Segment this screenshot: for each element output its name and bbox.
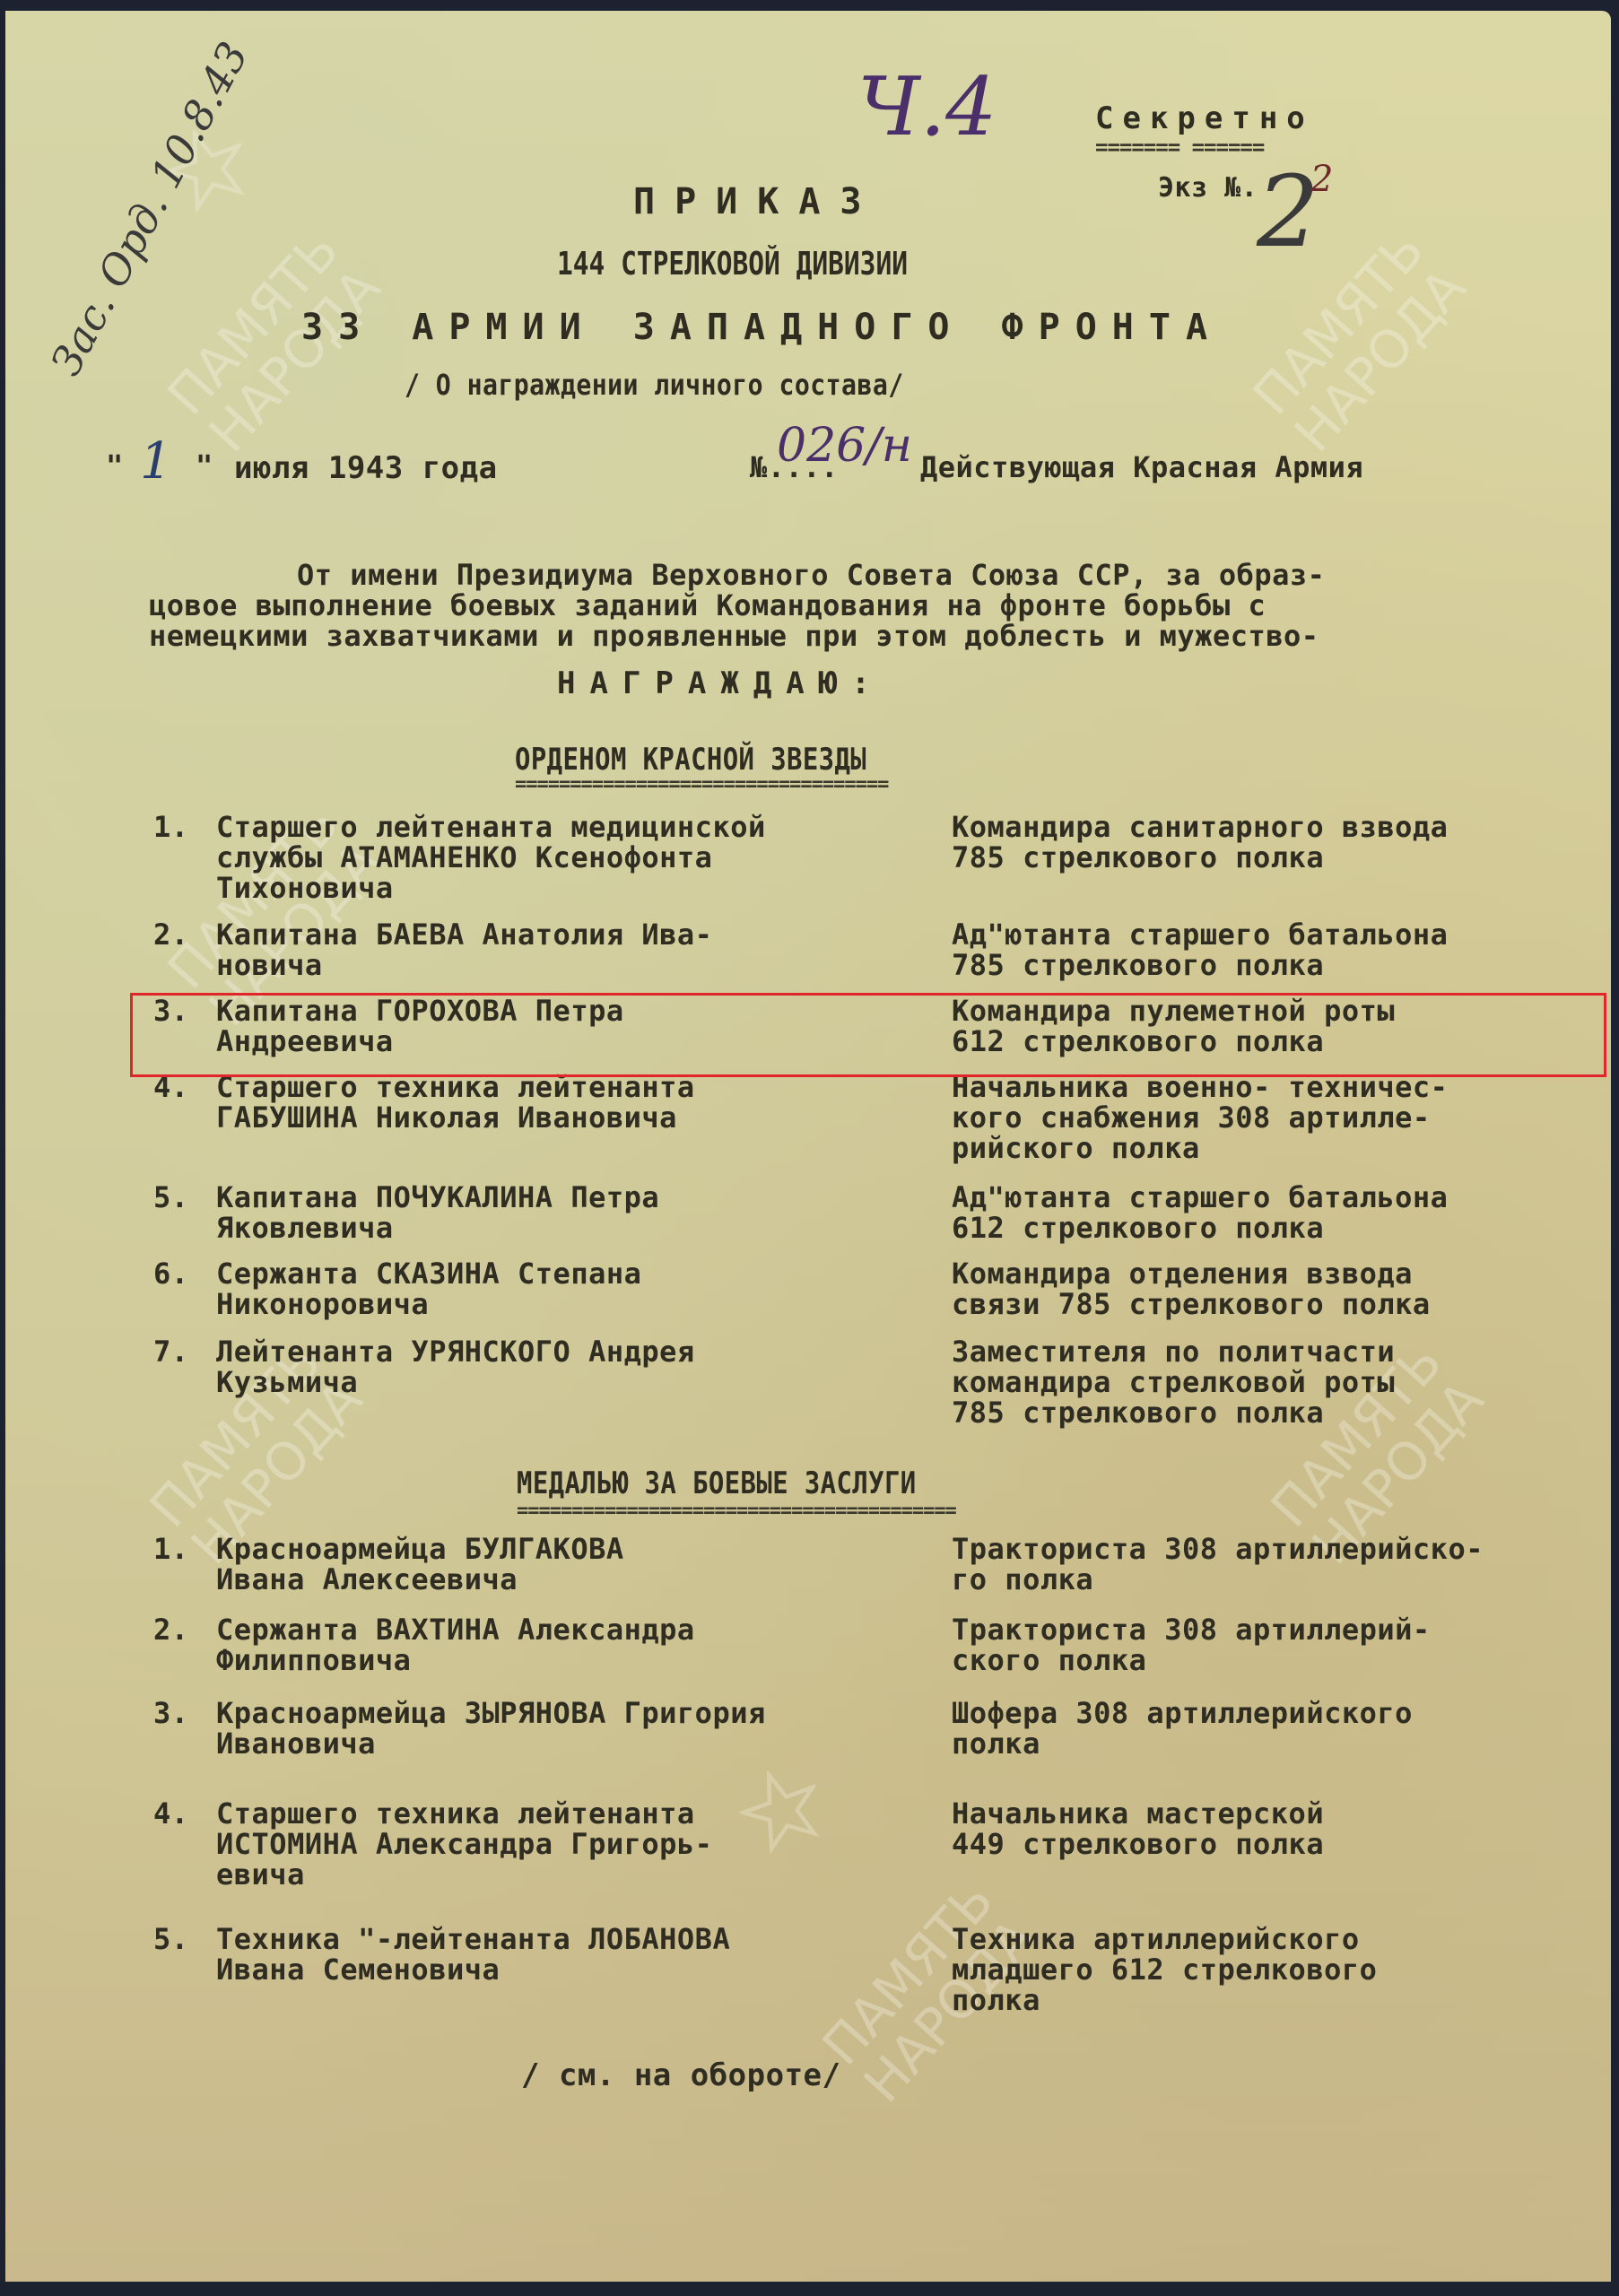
highlighted-entry-box (130, 993, 1606, 1077)
entry-name: Капитана ПОЧУКАЛИНА Петра Яковлевича (216, 1182, 916, 1243)
date-quote-close: " (196, 448, 213, 483)
underline-rule: ======= ====== (1095, 135, 1436, 160)
army-line: 33 АРМИИ ЗАПАДНОГО ФРОНТА (301, 307, 1223, 348)
entry-number: 1. (153, 812, 189, 842)
section-heading: МЕДАЛЬЮ ЗА БОЕВЫЕ ЗАСЛУГИ (517, 1465, 917, 1501)
entry-name: Старшего лейтенанта медицинской службы А… (216, 812, 916, 903)
entry-name: Старшего техника лейтенанта ГАБУШИНА Ник… (216, 1072, 916, 1133)
entry-role: Заместителя по политчасти командира стре… (952, 1336, 1597, 1428)
entry-name: Старшего техника лейтенанта ИСТОМИНА Але… (216, 1798, 916, 1890)
document-sheet: ПАМЯТЬ НАРОДА ПАМЯТЬ НАРОДА ПАМЯТЬ НАРОД… (5, 11, 1611, 2282)
entry-role: Тракториста 308 артиллерий- ского полка (952, 1614, 1597, 1675)
underline-rule: ================================== (515, 773, 990, 796)
date-quote-open: " (106, 448, 124, 483)
entry-role: Техника артиллерийского младшего 612 стр… (952, 1924, 1597, 2015)
entry-number: 6. (153, 1258, 189, 1289)
entry-role: Командира санитарного взвода 785 стрелко… (952, 812, 1597, 873)
entry-role: Начальника мастерской 449 стрелкового по… (952, 1798, 1597, 1859)
entry-number: 5. (153, 1182, 189, 1213)
entry-name: Красноармейца ЗЫРЯНОВА Григория Иванович… (216, 1698, 916, 1759)
entry-role: Шофера 308 артиллерийского полка (952, 1698, 1597, 1759)
award-verb: НАГРАЖДАЮ: (557, 665, 884, 701)
entry-number: 7. (153, 1336, 189, 1367)
underline-rule: ======================================== (517, 1500, 1073, 1522)
entry-number: 2. (153, 919, 189, 950)
order-subject: / О награждении личного состава/ (405, 368, 904, 402)
entry-number: 1. (153, 1534, 189, 1564)
entry-name: Сержанта ВАХТИНА Александра Филипповича (216, 1614, 916, 1675)
entry-number: 2. (153, 1614, 189, 1645)
copy-number: 2 (1310, 159, 1333, 200)
footer-note: / см. на обороте/ (521, 2057, 841, 2093)
entry-role: Ад"ютанта старшего батальона 612 стрелко… (952, 1182, 1597, 1243)
date-day: 1 (140, 432, 172, 491)
preamble-line: цовое выполнение боевых заданий Командов… (149, 590, 1266, 621)
entry-number: 4. (153, 1798, 189, 1829)
section-heading: ОРДЕНОМ КРАСНОЙ ЗВЕЗДЫ (515, 742, 866, 778)
entry-name: Лейтенанта УРЯНСКОГО Андрея Кузьмича (216, 1336, 916, 1397)
preamble-line: немецкими захватчиками и проявленные при… (149, 621, 1319, 651)
entry-role: Командира отделения взвода связи 785 стр… (952, 1258, 1597, 1319)
preamble-line: От имени Президиума Верховного Совета Со… (297, 560, 1325, 590)
order-number: 026/н (777, 419, 912, 473)
date-month-year: июля 1943 года (234, 450, 498, 486)
entry-name: Сержанта СКАЗИНА Степана Никоноровича (216, 1258, 916, 1319)
unit-line: 144 СТРЕЛКОВОЙ ДИВИЗИИ (557, 246, 908, 283)
page-title: ПРИКАЗ (633, 181, 882, 222)
entry-name: Капитана БАЕВА Анатолия Ива- новича (216, 919, 916, 980)
classification-label: Секретно (1095, 100, 1314, 136)
copy-label: Экз №. (1158, 172, 1258, 204)
entry-name: Техника "-лейтенанта ЛОБАНОВА Ивана Семе… (216, 1924, 916, 1985)
handwritten-note: Зас. Орд. 10.8.43 (41, 34, 257, 383)
handwritten-mark: Ч.4 (857, 60, 997, 154)
entry-number: 3. (153, 1698, 189, 1728)
location-line: Действующая Красная Армия (920, 450, 1363, 484)
entry-role: Ад"ютанта старшего батальона 785 стрелко… (952, 919, 1597, 980)
entry-number: 5. (153, 1924, 189, 1954)
entry-role: Начальника военно- техничес- кого снабже… (952, 1072, 1597, 1163)
entry-name: Красноармейца БУЛГАКОВА Ивана Алексеевич… (216, 1534, 916, 1595)
entry-role: Тракториста 308 артиллерийско- го полка (952, 1534, 1597, 1595)
